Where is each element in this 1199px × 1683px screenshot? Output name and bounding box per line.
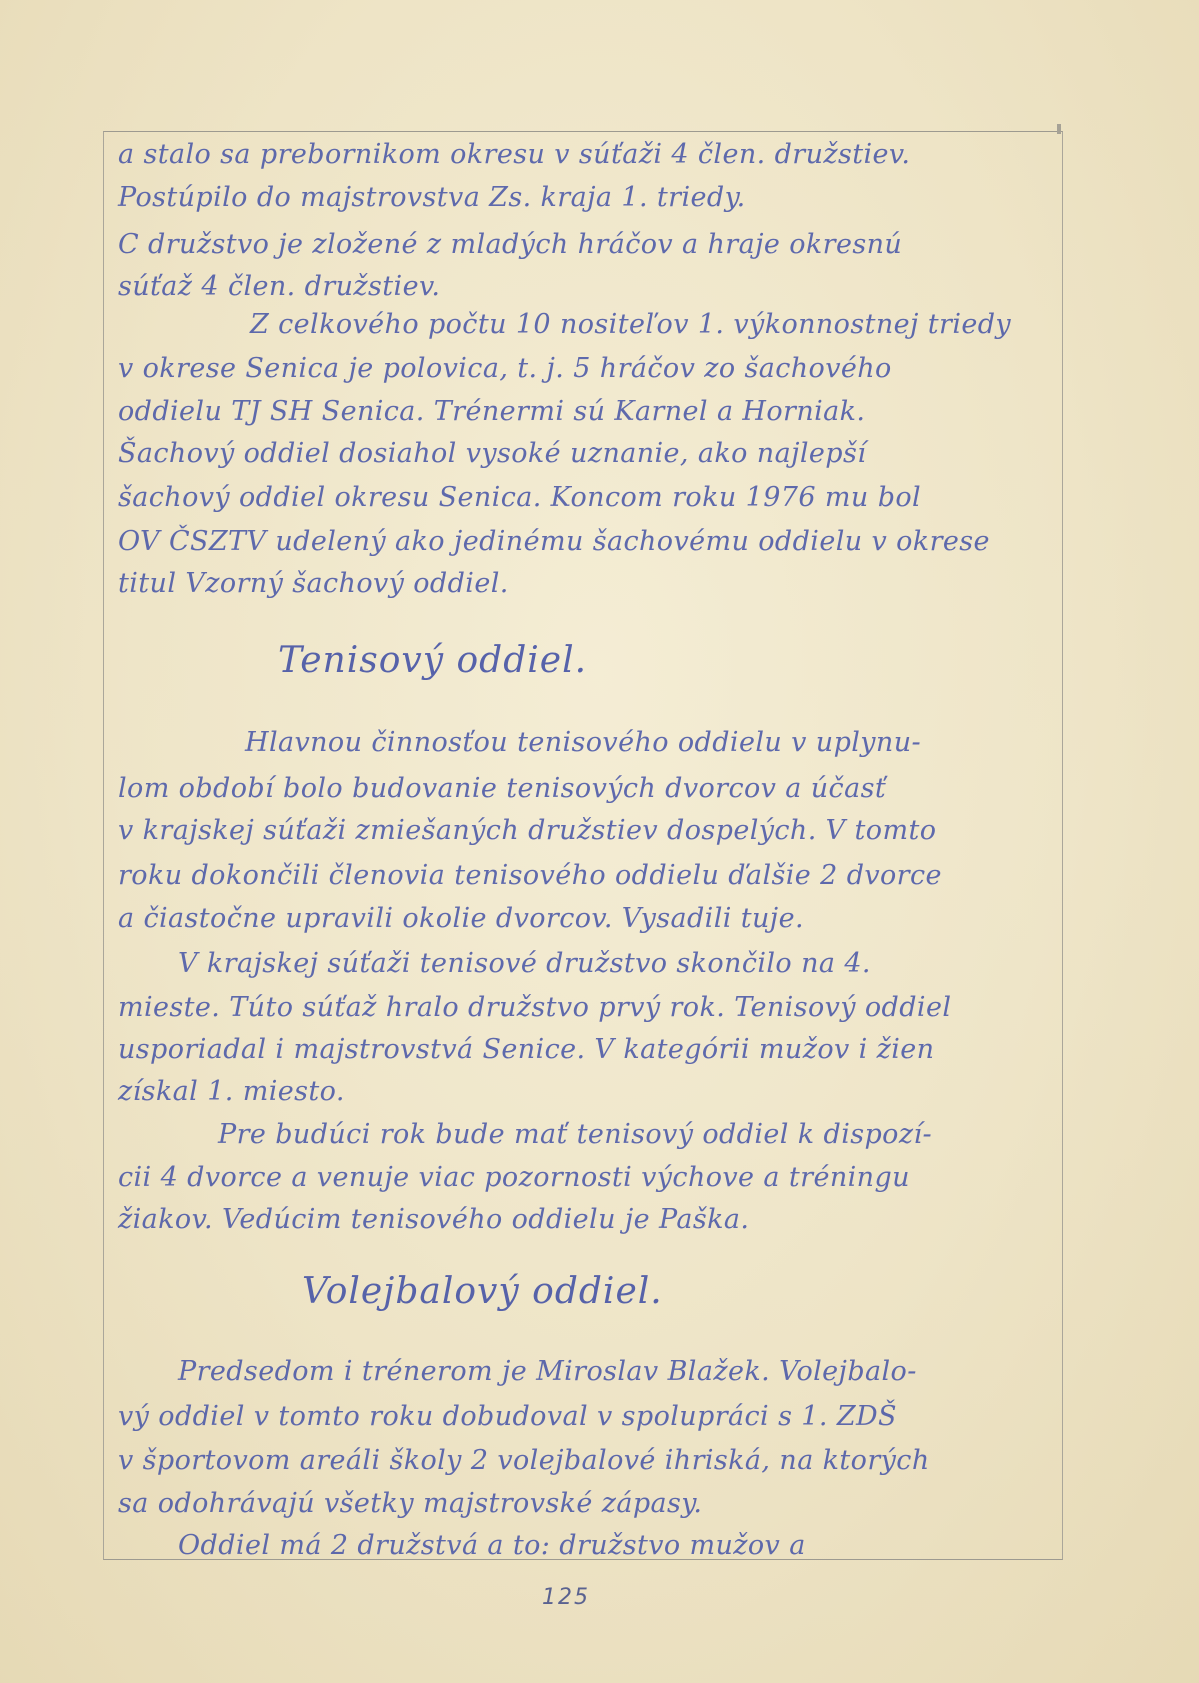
- text-line: vý oddiel v tomto roku dobudoval v spolu…: [118, 1403, 897, 1430]
- text-line: žiakov. Vedúcim tenisového oddielu je Pa…: [118, 1206, 749, 1233]
- text-line: Pre budúci rok bude mať tenisový oddiel …: [218, 1121, 932, 1148]
- text-line: Hlavnou činnosťou tenisového oddielu v u…: [245, 729, 921, 756]
- text-line: Oddiel má 2 družstvá a to: družstvo mužo…: [178, 1532, 806, 1559]
- text-line: Z celkového počtu 10 nositeľov 1. výkonn…: [250, 311, 1011, 338]
- text-line: Predsedom i trénerom je Miroslav Blažek.…: [178, 1358, 917, 1385]
- text-line: V krajskej súťaži tenisové družstvo skon…: [178, 950, 871, 977]
- text-line: cii 4 dvorce a venuje viac pozornosti vý…: [118, 1164, 910, 1191]
- text-line: mieste. Túto súťaž hralo družstvo prvý r…: [118, 994, 951, 1021]
- section-heading-tennis: Tenisový oddiel.: [278, 643, 587, 679]
- text-line: OV ČSZTV udelený ako jedinému šachovému …: [118, 528, 990, 555]
- text-line: Postúpilo do majstrovstva Zs. kraja 1. t…: [118, 184, 746, 211]
- text-line: sa odohrávajú všetky majstrovské zápasy.: [118, 1490, 702, 1517]
- text-line: C družstvo je zložené z mladých hráčov a…: [118, 231, 902, 258]
- text-line: a stalo sa prebornikom okresu v súťaži 4…: [118, 141, 910, 168]
- page-number: 125: [536, 1585, 596, 1610]
- text-line: a čiastočne upravili okolie dvorcov. Vys…: [118, 905, 804, 932]
- text-line: v krajskej súťaži zmiešaných družstiev d…: [118, 817, 936, 844]
- text-line: v športovom areáli školy 2 volejbalové i…: [118, 1447, 930, 1474]
- text-line: súťaž 4 člen. družstiev.: [118, 273, 440, 300]
- text-line: získal 1. miesto.: [118, 1078, 345, 1105]
- text-line: šachový oddiel okresu Senica. Koncom rok…: [118, 484, 921, 511]
- text-line: titul Vzorný šachový oddiel.: [118, 570, 509, 597]
- text-line: Šachový oddiel dosiahol vysoké uznanie, …: [118, 440, 866, 467]
- text-line: lom období bolo budovanie tenisových dvo…: [118, 775, 886, 802]
- section-heading-volleyball: Volejbalový oddiel.: [302, 1274, 663, 1310]
- frame-corner-mark: [1057, 124, 1061, 134]
- text-line: roku dokončili členovia tenisového oddie…: [118, 862, 942, 889]
- text-line: v okrese Senica je polovica, t. j. 5 hrá…: [118, 355, 892, 382]
- text-line: usporiadal i majstrovstvá Senice. V kate…: [118, 1036, 934, 1063]
- text-line: oddielu TJ SH Senica. Trénermi sú Karnel…: [118, 398, 865, 425]
